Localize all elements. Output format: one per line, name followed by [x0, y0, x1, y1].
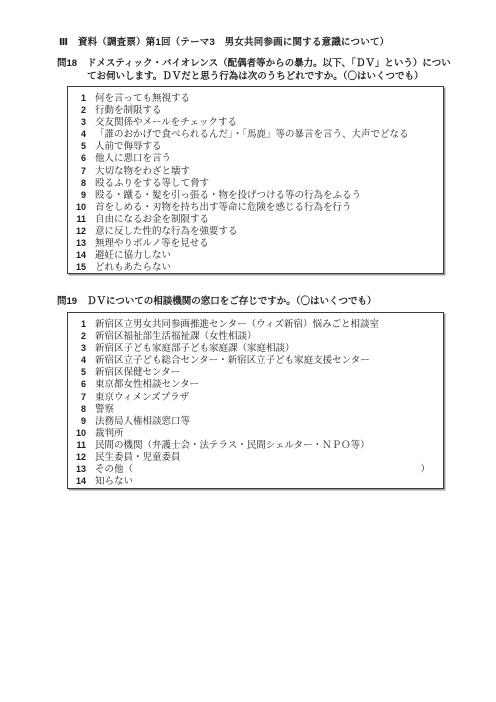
option-number: 4	[68, 128, 86, 140]
option-number: 8	[68, 403, 86, 415]
option-number: 13	[68, 237, 86, 249]
option-text: 何を言っても無視する	[86, 93, 190, 105]
option-number: 5	[68, 140, 86, 152]
option-number: 7	[68, 165, 86, 177]
option-row: 5 新宿区保健センター	[68, 366, 443, 378]
option-number: 15	[68, 261, 86, 273]
option-row: 13 その他（ ）	[68, 463, 443, 475]
option-number: 3	[68, 342, 86, 354]
q18-question-text: ドメスティック・バイオレンス（配偶者等からの暴力。以下、「ＤＶ」という）につい …	[87, 57, 451, 83]
option-number: 11	[68, 213, 86, 225]
option-row: 12 民生委員・児童委員	[68, 451, 443, 463]
option-row: 3 交友関係やメールをチェックする	[68, 116, 443, 128]
option-text: どれもあたらない	[86, 262, 171, 274]
option-text: 殴る・蹴る・髪を引っ張る・物を投げつける等の行為をふるう	[86, 190, 361, 202]
option-number: 4	[68, 354, 86, 366]
q18-label: 問18	[57, 57, 87, 70]
option-text: 意に反した性的な行為を強要する	[86, 226, 238, 238]
option-text: 法務局人権相談窓口等	[86, 416, 190, 428]
option-row: 8 殴るふりをする等して脅す	[68, 177, 443, 189]
option-row: 12 意に反した性的な行為を強要する	[68, 225, 443, 237]
option-text: 新宿区保健センター	[86, 367, 180, 379]
option-row: 10 裁判所	[68, 427, 443, 439]
option-text: 新宿区福祉部生活福祉課（女性相談）	[86, 331, 257, 343]
option-number: 11	[68, 439, 86, 451]
option-number: 9	[68, 189, 86, 201]
option-number: 1	[68, 92, 86, 104]
option-row: 4 「誰のおかげで食べられるんだ」・「馬鹿」等の暴言を言う、大声でどなる	[68, 128, 443, 140]
section-title: Ⅲ 資料（調査票）第1回（テーマ3 男女共同参画に関する意識について）	[59, 34, 389, 48]
option-text: 殴るふりをする等して脅す	[86, 178, 209, 190]
option-text: 新宿区子ども家庭部子ども家庭課（家庭相談）	[86, 343, 295, 355]
q19-question-text: ＤＶについての相談機関の窓口をご存じですか。（〇はいくつでも）	[87, 295, 377, 308]
option-text: 避妊に協力しない	[86, 250, 171, 262]
option-text: 民生委員・児童委員	[86, 452, 181, 464]
option-number: 8	[68, 177, 86, 189]
option-row: 13 無理やりポルノ等を見せる	[68, 237, 443, 249]
option-number: 12	[68, 451, 86, 463]
option-row: 1 何を言っても無視する	[68, 92, 443, 104]
option-text: 民間の機関（弁護士会・法テラス・民間シェルター・ＮＰＯ等）	[86, 440, 370, 452]
survey-document-page: Ⅲ 資料（調査票）第1回（テーマ3 男女共同参画に関する意識について） 問18 …	[0, 0, 496, 702]
option-text: 無理やりポルノ等を見せる	[86, 238, 209, 250]
option-number: 6	[68, 378, 86, 390]
option-number: 14	[68, 249, 86, 261]
option-number: 9	[68, 415, 86, 427]
option-text: 新宿区立男女共同参画推進センター（ウィズ新宿）悩みごと相談室	[86, 319, 379, 331]
option-text: 警察	[86, 404, 114, 416]
option-row: 9 法務局人権相談窓口等	[68, 415, 443, 427]
option-text: 「誰のおかげで食べられるんだ」・「馬鹿」等の暴言を言う、大声でどなる	[86, 129, 409, 141]
option-row: 2 行動を制限する	[68, 104, 443, 116]
option-row: 11 自由になるお金を制限する	[68, 213, 443, 225]
q19-label: 問19	[57, 295, 87, 308]
q18-heading: 問18 ドメスティック・バイオレンス（配偶者等からの暴力。以下、「ＤＶ」という）…	[57, 57, 451, 83]
option-number: 10	[68, 427, 86, 439]
option-number: 6	[68, 152, 86, 164]
option-text: 行動を制限する	[86, 105, 162, 117]
option-row: 7 大切な物をわざと壊す	[68, 165, 443, 177]
option-row: 9 殴る・蹴る・髪を引っ張る・物を投げつける等の行為をふるう	[68, 189, 443, 201]
option-text: 人前で侮辱する	[86, 141, 162, 153]
option-number: 1	[68, 318, 86, 330]
option-text: 裁判所	[86, 428, 124, 440]
option-row: 14 知らない	[68, 475, 443, 487]
option-text: 交友関係やメールをチェックする	[86, 117, 237, 129]
option-text: 他人に悪口を言う	[86, 153, 171, 165]
option-text: 首をしめる・刃物を持ち出す等命に危険を感じる行為を行う	[86, 202, 352, 214]
option-text: 新宿区立子ども総合センター・新宿区立子ども家庭支援センター	[86, 355, 370, 367]
q18-options-box: 1 何を言っても無視する 2 行動を制限する 3 交友関係やメールをチェックする…	[67, 86, 444, 274]
option-text: 東京ウィメンズプラザ	[86, 392, 189, 404]
option-row: 7 東京ウィメンズプラザ	[68, 391, 443, 403]
option-row: 10 首をしめる・刃物を持ち出す等命に危険を感じる行為を行う	[68, 201, 443, 213]
option-row: 5 人前で侮辱する	[68, 140, 443, 152]
option-suffix: ）	[420, 464, 430, 476]
option-row: 3 新宿区子ども家庭部子ども家庭課（家庭相談）	[68, 342, 443, 354]
option-number: 2	[68, 330, 86, 342]
option-row: 1 新宿区立男女共同参画推進センター（ウィズ新宿）悩みごと相談室	[68, 318, 443, 330]
option-number: 7	[68, 391, 86, 403]
option-number: 13	[68, 463, 86, 475]
option-row: 2 新宿区福祉部生活福祉課（女性相談）	[68, 330, 443, 342]
option-number: 10	[68, 201, 86, 213]
q19-heading: 問19 ＤＶについての相談機関の窓口をご存じですか。（〇はいくつでも）	[57, 295, 377, 308]
option-row: 15 どれもあたらない	[68, 261, 443, 273]
option-text: 自由になるお金を制限する	[86, 214, 209, 226]
option-text: 大切な物をわざと壊す	[86, 166, 190, 178]
q19-options-box: 1 新宿区立男女共同参画推進センター（ウィズ新宿）悩みごと相談室 2 新宿区福祉…	[67, 312, 444, 489]
option-number: 14	[68, 475, 86, 487]
option-row: 8 警察	[68, 403, 443, 415]
option-text: その他（	[86, 464, 133, 476]
option-number: 12	[68, 225, 86, 237]
q19-question-line1: ＤＶについての相談機関の窓口をご存じですか。（〇はいくつでも）	[87, 295, 377, 308]
option-row: 4 新宿区立子ども総合センター・新宿区立子ども家庭支援センター	[68, 354, 443, 366]
option-number: 2	[68, 104, 86, 116]
option-number: 5	[68, 366, 86, 378]
q18-question-line2: てお伺いします。ＤＶだと思う行為は次のうちどれですか。（〇はいくつでも）	[87, 70, 451, 83]
option-row: 14 避妊に協力しない	[68, 249, 443, 261]
q18-question-line1: ドメスティック・バイオレンス（配偶者等からの暴力。以下、「ＤＶ」という）につい	[87, 57, 451, 70]
option-row: 11 民間の機関（弁護士会・法テラス・民間シェルター・ＮＰＯ等）	[68, 439, 443, 451]
option-text: 東京都女性相談センター	[86, 379, 199, 391]
option-number: 3	[68, 116, 86, 128]
option-text: 知らない	[86, 476, 133, 488]
option-row: 6 他人に悪口を言う	[68, 152, 443, 164]
option-row: 6 東京都女性相談センター	[68, 378, 443, 390]
